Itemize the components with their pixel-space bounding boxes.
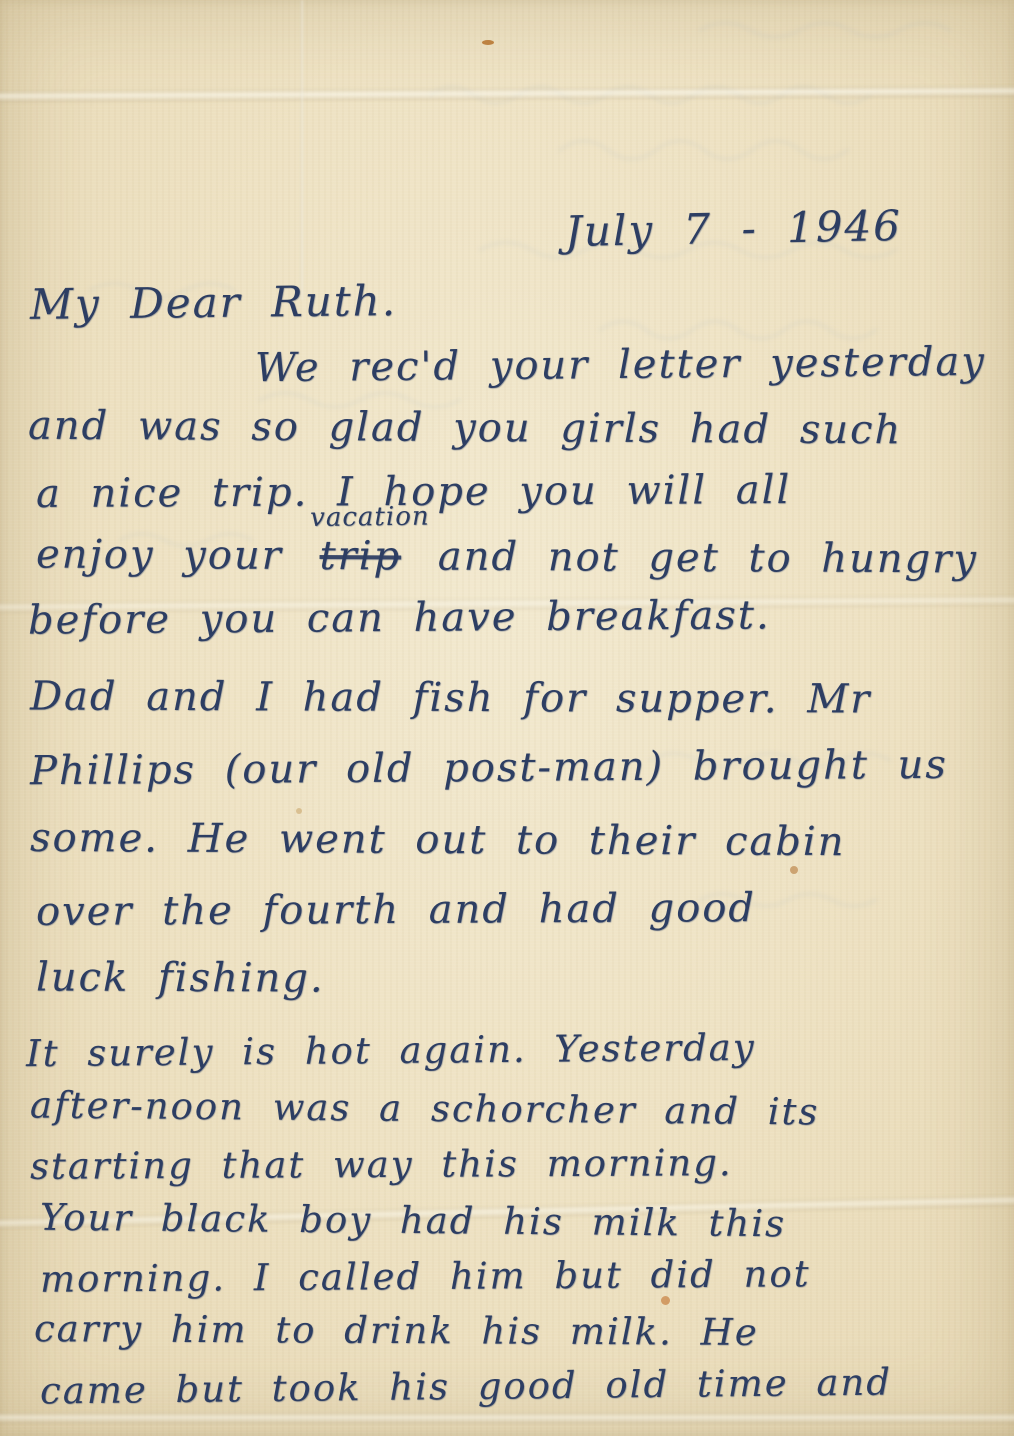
fold-crease — [0, 1412, 1014, 1424]
edited-word: vacationtrip — [319, 536, 401, 576]
letter-line: over the fourth and had good — [36, 888, 756, 932]
letter-line: Dad and I had fish for supper. Mr — [30, 677, 871, 720]
letter-date: July 7 - 1946 — [565, 205, 903, 253]
line-text-post: and not get to hungry — [438, 534, 978, 583]
letter-line: Your black boy had his milk this — [40, 1199, 786, 1243]
line-text-pre: enjoy your — [36, 532, 283, 579]
letter-salutation: My Dear Ruth. — [30, 280, 397, 326]
inserted-word: vacation — [310, 504, 430, 531]
paper-stain — [482, 40, 494, 45]
letter-line: Phillips (our old post-man) brought us — [30, 745, 948, 791]
letter-line: carry him to drink his milk. He — [34, 1310, 759, 1351]
letter-line: before you can have breakfast. — [28, 595, 771, 640]
letter-line: morning. I called him but did not — [40, 1255, 811, 1297]
letter-line: starting that way this morning. — [30, 1144, 733, 1185]
fold-crease — [300, 0, 304, 300]
letter-line: luck fishing. — [36, 957, 325, 998]
letter-line: and was so glad you girls had such — [28, 406, 902, 451]
paper-stain — [296, 808, 302, 814]
letter-line: It surely is hot again. Yesterday — [26, 1029, 756, 1072]
paper-stain — [661, 1296, 670, 1305]
letter-line: enjoy your vacationtrip and not get to h… — [36, 535, 978, 580]
letter-line: came but took his good old time and — [40, 1364, 892, 1410]
letter-line: We rec'd your letter yesterday — [255, 342, 986, 388]
letter-line: some. He went out to their cabin — [30, 818, 846, 862]
struck-word: trip — [319, 533, 401, 579]
paper-stain — [790, 866, 798, 874]
letter-line: after-noon was a schorcher and its — [30, 1087, 820, 1131]
